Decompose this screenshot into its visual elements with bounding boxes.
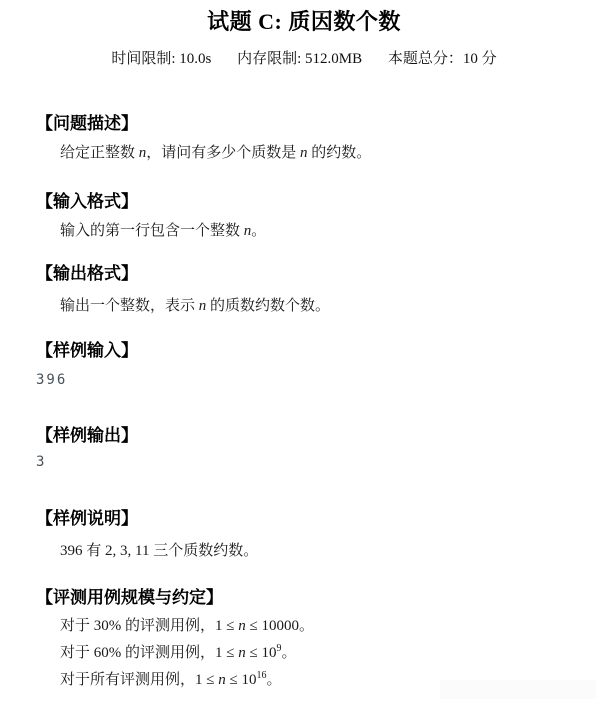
section-heading-sample-output: 【样例输出】 xyxy=(36,426,572,446)
constraint-suffix: 。 xyxy=(281,645,296,661)
constraint-prefix: 对于 60% 的评测用例， xyxy=(60,645,215,661)
output-format-text-part: 的质数约数个数。 xyxy=(206,298,330,314)
constraint-suffix: 。 xyxy=(266,672,281,688)
math-part: 10000 xyxy=(261,618,299,634)
description-text-part: 的约数。 xyxy=(308,145,372,161)
output-format-text-part: 输出一个整数，表示 xyxy=(60,298,199,314)
math-exponent: 16 xyxy=(256,670,266,681)
section-heading-output-format: 【输出格式】 xyxy=(36,264,572,284)
constraint-prefix: 对于所有评测用例， xyxy=(60,672,195,688)
math-part: 10 xyxy=(261,645,276,661)
input-format-text-part: 输入的第一行包含一个整数 xyxy=(60,223,244,239)
math-var-n: n xyxy=(300,145,308,161)
section-heading-constraints: 【评测用例规模与约定】 xyxy=(36,588,572,608)
description-text-part: 给定正整数 xyxy=(60,145,139,161)
constraint-math: 1 ≤ n ≤ 1016 xyxy=(195,672,266,688)
problem-meta: 时间限制: 10.0s 内存限制: 512.0MB 本题总分：10 分 xyxy=(36,50,572,68)
math-part: 1 ≤ xyxy=(215,618,238,634)
section-heading-input-format: 【输入格式】 xyxy=(36,192,572,212)
math-part: ≤ xyxy=(246,645,262,661)
math-part: ≤ xyxy=(226,672,242,688)
math-var-n: n xyxy=(238,645,246,661)
input-format-text-part: 。 xyxy=(251,223,266,239)
description-text-part: ，请问有多少个质数是 xyxy=(146,145,300,161)
math-var-n: n xyxy=(218,672,226,688)
sample-output-value: 3 xyxy=(36,453,572,471)
constraint-line: 对于 60% 的评测用例，1 ≤ n ≤ 109。 xyxy=(36,643,572,663)
page-title: 试题 C: 质因数个数 xyxy=(36,8,572,36)
math-part: 10 xyxy=(241,672,256,688)
constraint-prefix: 对于 30% 的评测用例， xyxy=(60,618,215,634)
constraint-math: 1 ≤ n ≤ 109 xyxy=(215,645,281,661)
constraint-suffix: 。 xyxy=(299,618,314,634)
math-part: 1 ≤ xyxy=(215,645,238,661)
memory-limit: 内存限制: 512.0MB xyxy=(237,51,362,67)
constraint-math: 1 ≤ n ≤ 10000 xyxy=(215,618,299,634)
sample-explanation-text: 396 有 2, 3, 11 三个质数约数。 xyxy=(36,541,572,561)
total-score: 本题总分：10 分 xyxy=(388,51,497,67)
description-text: 给定正整数 n，请问有多少个质数是 n 的约数。 xyxy=(36,143,572,163)
math-part: 1 ≤ xyxy=(195,672,218,688)
input-format-text: 输入的第一行包含一个整数 n。 xyxy=(36,221,572,241)
problem-statement-page: 试题 C: 质因数个数 时间限制: 10.0s 内存限制: 512.0MB 本题… xyxy=(0,0,608,707)
constraint-line: 对于 30% 的评测用例，1 ≤ n ≤ 10000。 xyxy=(36,616,572,636)
section-heading-sample-explanation: 【样例说明】 xyxy=(36,509,572,529)
sample-input-value: 396 xyxy=(36,371,572,389)
math-var-n: n xyxy=(238,618,246,634)
time-limit: 时间限制: 10.0s xyxy=(111,51,211,67)
math-part: ≤ xyxy=(246,618,262,634)
section-heading-sample-input: 【样例输入】 xyxy=(36,341,572,361)
section-heading-description: 【问题描述】 xyxy=(36,114,572,134)
output-format-text: 输出一个整数，表示 n 的质数约数个数。 xyxy=(36,296,572,316)
watermark-highlight xyxy=(440,680,596,699)
